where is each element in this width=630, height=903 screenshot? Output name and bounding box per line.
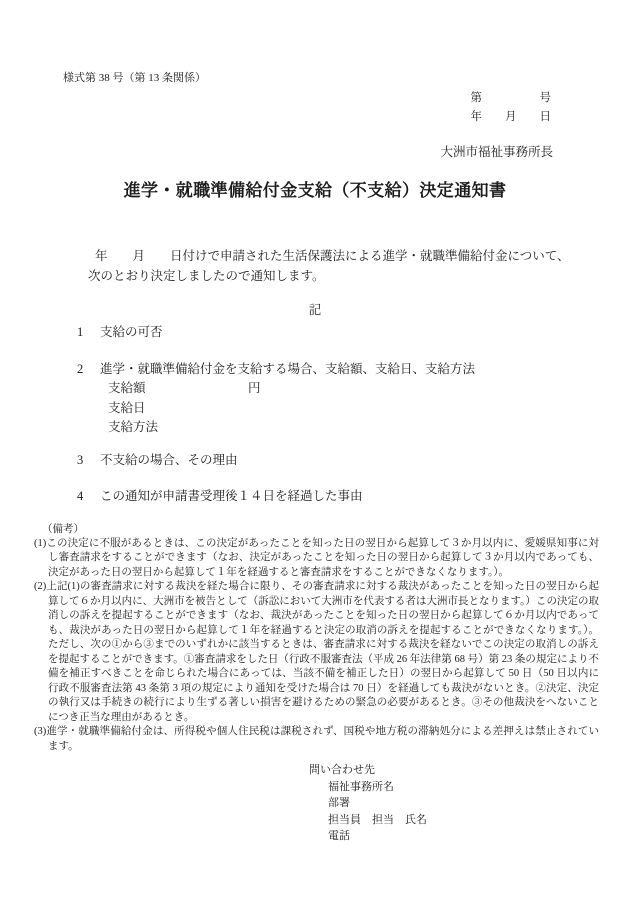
list-item-1: 1 支給の可否: [77, 322, 630, 342]
contact-person: 担当員 担当 氏名: [328, 812, 630, 829]
item-text: 進学・就職準備給付金を支給する場合、支給額、支給日、支給方法: [100, 359, 475, 379]
contact-office-name: 福祉事務所名: [328, 779, 630, 796]
item-number: 4: [77, 486, 100, 506]
document-title: 進学・就職準備給付金支給（不支給）決定通知書: [0, 179, 630, 203]
item-number: 2: [77, 359, 100, 379]
sub-item-payment-date: 支給日: [108, 399, 630, 419]
doc-number-line: 第 号: [0, 89, 551, 108]
remarks-heading: （備考）: [42, 522, 599, 537]
item-number: 3: [77, 450, 100, 470]
sub-item-label: 支給日: [108, 399, 248, 419]
item-text: この通知が申請書受理後１４日を経過した事由: [100, 486, 363, 506]
contact-heading: 問い合わせ先: [309, 762, 630, 779]
item-text: 不支給の場合、その理由: [100, 450, 238, 470]
contact-section: 問い合わせ先 福祉事務所名 部署 担当員 担当 氏名 電話: [309, 762, 630, 845]
sub-item-label: 支給方法: [108, 418, 248, 438]
contact-phone: 電話: [328, 828, 630, 845]
sub-item-payment-method: 支給方法: [108, 418, 630, 438]
remarks-section: （備考） (1)この決定に不服があるときは、この決定があったことを知った日の翌日…: [34, 522, 599, 755]
intro-paragraph: 年 月 日付けで申請された生活保護法による進学・就職準備給付金について、 次のと…: [88, 246, 586, 286]
item-text: 支給の可否: [100, 322, 163, 342]
list-item-3: 3 不支給の場合、その理由: [77, 450, 630, 470]
remark-2: (2)上記(1)の審査請求に対する裁決を経た場合に限り、その審査請求に対する裁決…: [34, 580, 599, 725]
document-page: 様式第 38 号（第 13 条関係） 第 号 年 月 日 大洲市福祉事務所長 進…: [0, 0, 630, 903]
intro-line-1: 年 月 日付けで申請された生活保護法による進学・就職準備給付金について、: [95, 246, 586, 266]
sub-item-label: 支給額: [108, 379, 248, 399]
intro-line-2: 次のとおり決定しましたので通知します。: [88, 266, 586, 286]
form-number: 様式第 38 号（第 13 条関係）: [0, 71, 630, 86]
reference-block: 第 号 年 月 日: [0, 89, 630, 127]
item-number: 1: [77, 322, 100, 342]
sub-item-amount: 支給額円: [108, 379, 630, 399]
remark-3: (3)進学・就職準備給付金は、所得税や個人住民税は課税されず、国税や地方税の滞納…: [34, 725, 599, 754]
list-item-2: 2 進学・就職準備給付金を支給する場合、支給額、支給日、支給方法: [77, 359, 630, 379]
date-line: 年 月 日: [0, 108, 551, 127]
sub-item-unit: 円: [248, 381, 261, 395]
contact-department: 部署: [328, 795, 630, 812]
record-mark: 記: [0, 300, 630, 320]
issuer-name: 大洲市福祉事務所長: [0, 144, 630, 160]
list-item-4: 4 この通知が申請書受理後１４日を経過した事由: [77, 486, 630, 506]
remark-1: (1)この決定に不服があるときは、この決定があったことを知った日の翌日から起算し…: [34, 537, 599, 581]
